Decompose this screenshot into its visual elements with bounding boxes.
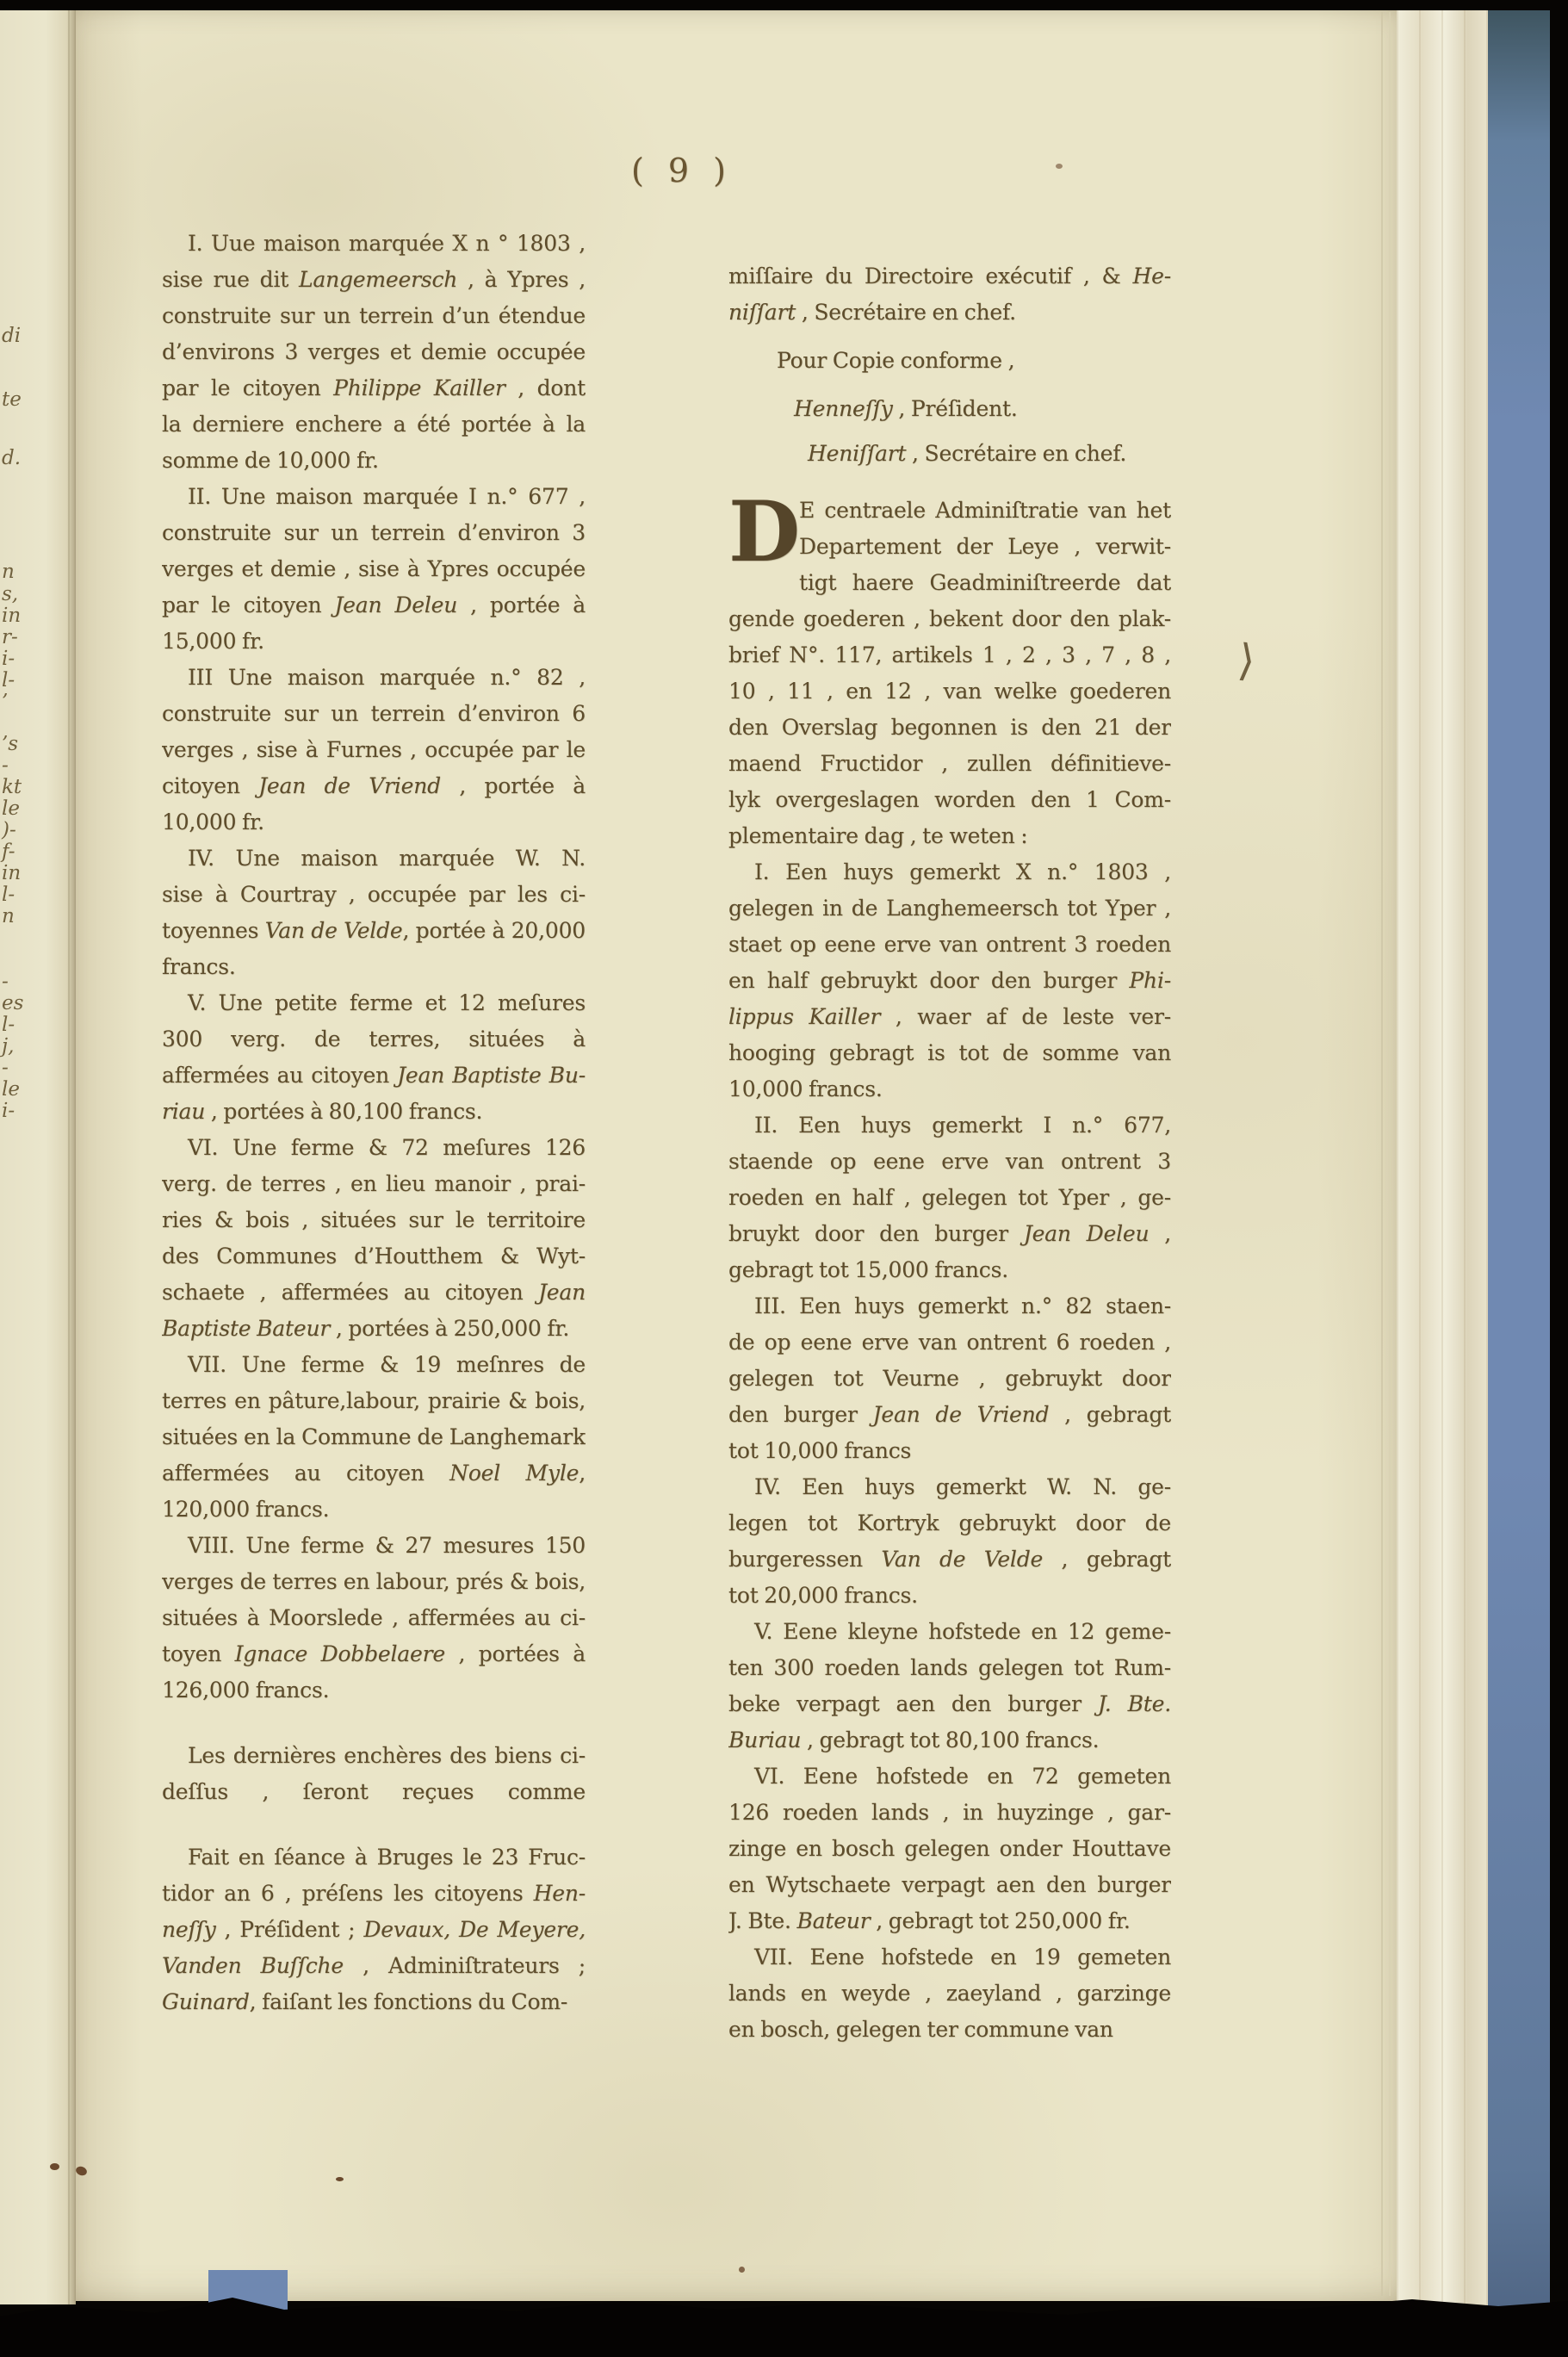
text-line: francs. xyxy=(162,949,586,985)
text-line: gelegen tot Veurne , gebruykt door xyxy=(728,1361,1171,1397)
text-run: , gebragt xyxy=(1043,1547,1171,1572)
background-top xyxy=(0,0,1568,10)
text-line: des Communes d’Houtthem & Wyt- xyxy=(162,1238,586,1275)
text-line: ries & bois , situées sur le territoire xyxy=(162,1202,586,1238)
text-run: IV. Une maison marquée W. N. xyxy=(188,846,586,871)
text-run: , Préſident ; xyxy=(216,1917,364,1942)
text-run: la derniere enchere a été portée à la xyxy=(162,412,586,437)
text-line: lyk overgeslagen worden den 1 Com- xyxy=(728,782,1171,818)
text-run: francs. xyxy=(162,954,236,979)
text-run: , gebragt xyxy=(1049,1402,1171,1427)
text-line: deſſus , ſeront reçues comme premières. xyxy=(162,1774,586,1810)
text-line: Baptiste Bateur , portées à 250,000 fr. xyxy=(162,1311,586,1347)
paragraph: Les dernières enchères des biens ci-deſſ… xyxy=(162,1738,586,1810)
text-run: den burger xyxy=(728,1402,873,1427)
text-run: tot 10,000 francs xyxy=(728,1438,911,1463)
text-run: III Une maison marquée n.° 82 , xyxy=(188,665,586,690)
text-line: hooging gebragt is tot de somme van xyxy=(728,1035,1171,1071)
text-run: staet op eene erve van ontrent 3 roeden xyxy=(728,932,1171,957)
text-run: , portée à xyxy=(441,773,586,798)
text-run: verges , sise à Furnes , occupée par le xyxy=(162,737,586,762)
drop-cap-letter: D xyxy=(728,496,790,568)
italic-name: Jean Baptiste Bu- xyxy=(397,1063,586,1088)
text-line: terres en pâture,labour, prairie & bois, xyxy=(162,1383,586,1419)
text-line: burgeressen Van de Velde , gebragt xyxy=(728,1541,1171,1578)
text-run: staende op eene erve van ontrent 3 xyxy=(728,1149,1171,1174)
italic-name: Jean de Vriend xyxy=(258,773,441,798)
text-run: , Adminiſtrateurs ; xyxy=(344,1953,586,1978)
facing-page-edge xyxy=(0,7,76,2304)
text-line: somme de 10,000 fr. xyxy=(162,443,586,479)
paragraph: III Une maison marquée n.° 82 ,construit… xyxy=(162,660,586,840)
text-line: tigt haere Geadminiſtreerde dat de vol- xyxy=(799,565,1171,601)
ink-speck xyxy=(50,2163,59,2170)
text-run: de op eene erve van ontrent 6 roeden , xyxy=(728,1330,1171,1355)
text-run: maend Fructidor , zullen définitieve- xyxy=(728,751,1171,776)
text-run: construite sur un terrein d’environ 3 xyxy=(162,520,586,545)
left-column: I. Uue maison marquée X n ° 1803 ,sise r… xyxy=(162,226,586,2020)
text-run: , portées à xyxy=(445,1641,586,1666)
text-run: beke verpagt aen den burger xyxy=(728,1691,1098,1716)
text-line: sise rue dit Langemeersch , à Ypres , xyxy=(162,262,586,298)
italic-name: J. Bte. xyxy=(1098,1691,1171,1716)
text-line: ten 300 roeden lands gelegen tot Rum- xyxy=(728,1650,1171,1686)
text-run: gende goederen , bekent door den plak- xyxy=(728,606,1171,631)
italic-name: Bateur xyxy=(796,1908,870,1933)
ink-speck xyxy=(336,2177,344,2181)
text-line: 120,000 francs. xyxy=(162,1492,586,1528)
text-line: Vanden Buſſche , Adminiſtrateurs ; xyxy=(162,1948,586,1984)
text-run: gelegen tot Veurne , gebruykt door xyxy=(728,1366,1171,1391)
book-scan: { "page_number": "( 9 )", "binding_mark"… xyxy=(0,0,1568,2357)
text-line: Fait en ſéance à Bruges le 23 Fruc- xyxy=(162,1839,586,1876)
paragraph: V. Eene kleyne hofstede en 12 geme-ten 3… xyxy=(728,1614,1171,1758)
text-run: en half gebruykt door den burger xyxy=(728,968,1129,993)
text-line: tidor an 6 , préſens les citoyens Hen- xyxy=(162,1876,586,1912)
italic-name: neſſy xyxy=(162,1917,216,1942)
text-run: zinge en bosch gelegen onder Houttave xyxy=(728,1836,1171,1861)
text-run: ries & bois , situées sur le territoire xyxy=(162,1207,586,1232)
text-run: IV. Een huys gemerkt W. N. ge- xyxy=(754,1474,1171,1499)
text-line: gende goederen , bekent door den plak- xyxy=(728,601,1171,637)
margin-fragment: i- xyxy=(2,648,15,669)
gutter-fold-line xyxy=(68,7,70,2304)
text-run: VI. Une ferme & 72 meſures 126 xyxy=(188,1135,586,1160)
text-run: II. Een huys gemerkt I n.° 677, xyxy=(754,1113,1171,1138)
italic-name: Phi- xyxy=(1129,968,1171,993)
text-line: VII. Une ferme & 19 meſnres de xyxy=(162,1347,586,1383)
italic-name: Vanden Buſſche xyxy=(162,1953,344,1978)
text-line: toyen Ignace Dobbelaere , portées à xyxy=(162,1636,586,1672)
text-run: I. Een huys gemerkt X n.° 1803 , xyxy=(754,859,1171,884)
margin-fragment: l- xyxy=(2,1014,15,1035)
text-run: sise rue dit xyxy=(162,267,299,292)
text-run: , gebragt tot 80,100 francs. xyxy=(801,1727,1099,1752)
text-line: situées en la Commune de Langhemark xyxy=(162,1419,586,1455)
text-run: legen tot Kortryk gebruykt door de xyxy=(728,1510,1171,1535)
text-line: staende op eene erve van ontrent 3 xyxy=(728,1144,1171,1180)
text-line: Les dernières enchères des biens ci- xyxy=(162,1738,586,1774)
text-line: gelegen in de Langhemeersch tot Yper , xyxy=(728,890,1171,927)
text-run: tidor an 6 , préſens les citoyens xyxy=(162,1881,534,1906)
text-line: 15,000 fr. xyxy=(162,623,586,660)
text-run: V. Eene kleyne hofstede en 12 geme- xyxy=(754,1619,1171,1644)
text-line: V. Eene kleyne hofstede en 12 geme- xyxy=(728,1614,1171,1650)
text-run: , Préſident. xyxy=(893,396,1018,421)
paragraph: I. Uue maison marquée X n ° 1803 ,sise r… xyxy=(162,226,586,479)
text-run: tot 20,000 francs. xyxy=(728,1583,918,1608)
text-line: de op eene erve van ontrent 6 roeden , xyxy=(728,1324,1171,1361)
text-line: III Une maison marquée n.° 82 , xyxy=(162,660,586,696)
text-run: par le citoyen xyxy=(162,592,334,617)
text-line: sise à Courtray , occupée par les ci- xyxy=(162,877,586,913)
text-line: Departement der Leye , verwit- xyxy=(799,529,1171,565)
text-line: situées à Moorslede , affermées au ci- xyxy=(162,1600,586,1636)
text-line: maend Fructidor , zullen définitieve- xyxy=(728,746,1171,782)
text-line: 10,000 francs. xyxy=(728,1071,1171,1107)
text-run: bruykt door den burger xyxy=(728,1221,1024,1246)
text-run: terres en pâture,labour, prairie & bois, xyxy=(162,1388,586,1413)
margin-fragment: - xyxy=(2,755,9,776)
italic-name: Philippe Kailler xyxy=(333,375,505,400)
page-fold-line xyxy=(1389,12,1391,2296)
text-run: affermées au citoyen xyxy=(162,1461,449,1486)
text-line: brief N°. 117, artikels 1 , 2 , 3 , 7 , … xyxy=(728,637,1171,673)
margin-fragment: in xyxy=(2,863,21,884)
margin-fragment: in xyxy=(2,605,21,626)
text-line: 126,000 francs. xyxy=(162,1672,586,1709)
text-line: plementaire dag , te weten : xyxy=(728,818,1171,854)
text-run: hooging gebragt is tot de somme van xyxy=(728,1040,1171,1065)
text-line: Henneſſy , Préſident. xyxy=(728,391,1171,427)
italic-name: niſſart xyxy=(728,300,796,325)
italic-name: Jean de Vriend xyxy=(873,1402,1050,1427)
text-run: I. Uue maison marquée X n ° 1803 , xyxy=(188,231,586,256)
text-run: construite sur un terrein d’un étendue xyxy=(162,303,586,328)
italic-name: Heniſſart xyxy=(808,441,906,466)
paragraph: VII. Eene hofstede en 19 gemetenlands en… xyxy=(728,1939,1171,2048)
text-line: par le citoyen Philippe Kailler , dont xyxy=(162,370,586,406)
text-run: E centraele Adminiſtratie van het xyxy=(799,498,1171,523)
text-line: IV. Une maison marquée W. N. xyxy=(162,840,586,877)
margin-fragment: )- xyxy=(2,820,16,840)
text-line: verges de terres en labour, prés & bois, xyxy=(162,1564,586,1600)
right-column: miſſaire du Directoire exécutif , & He-n… xyxy=(728,258,1171,2048)
text-run: 10,000 francs. xyxy=(728,1076,883,1101)
text-run: J. Bte. xyxy=(728,1908,796,1933)
text-line: IV. Een huys gemerkt W. N. ge- xyxy=(728,1469,1171,1505)
text-run: en bosch, gelegen ter commune van xyxy=(728,2017,1113,2042)
margin-fragment: di xyxy=(2,326,21,346)
text-line: Heniſſart , Secrétaire en chef. xyxy=(728,436,1171,472)
text-line: riau , portées à 80,100 francs. xyxy=(162,1094,586,1130)
text-line: lands en weyde , zaeyland , garzinge xyxy=(728,1976,1171,2012)
text-line: citoyen Jean de Vriend , portée à xyxy=(162,768,586,804)
text-line: den Overslag begonnen is den 21 der xyxy=(728,710,1171,746)
text-line: I. Uue maison marquée X n ° 1803 , xyxy=(162,226,586,262)
text-line: niſſart , Secrétaire en chef. xyxy=(728,295,1171,331)
text-run: Departement der Leye , verwit- xyxy=(799,534,1171,559)
text-run: V. Une petite ferme et 12 meſures xyxy=(188,990,586,1015)
text-line: roeden en half , gelegen tot Yper , ge- xyxy=(728,1180,1171,1216)
margin-fragment: le xyxy=(2,1079,20,1100)
text-run: plementaire dag , te weten : xyxy=(728,823,1027,848)
text-line: V. Une petite ferme et 12 meſures xyxy=(162,985,586,1021)
text-line: en half gebruykt door den burger Phi- xyxy=(728,963,1171,999)
text-run: sise à Courtray , occupée par les ci- xyxy=(162,882,586,907)
text-line: Buriau , gebragt tot 80,100 francs. xyxy=(728,1722,1171,1758)
text-line: schaete , affermées au citoyen Jean xyxy=(162,1275,586,1311)
text-run: 10,000 fr. xyxy=(162,809,264,834)
blue-cover-strip xyxy=(1488,0,1550,2357)
text-line: VII. Eene hofstede en 19 gemeten xyxy=(728,1939,1171,1976)
paragraph: miſſaire du Directoire exécutif , & He-n… xyxy=(728,258,1171,331)
text-line: II. Une maison marquée I n.° 677 , xyxy=(162,479,586,515)
text-run: somme de 10,000 fr. xyxy=(162,448,379,473)
text-run: VII. Une ferme & 19 meſnres de xyxy=(188,1352,586,1377)
margin-fragment: ’s xyxy=(2,734,18,754)
text-line: d’environs 3 verges et demie occupée xyxy=(162,334,586,370)
text-run: toyen xyxy=(162,1641,235,1666)
italic-name: Jean Deleu xyxy=(1024,1221,1150,1246)
text-run: tigt haere Geadminiſtreerde dat de vol- xyxy=(799,570,1171,601)
text-line: la derniere enchere a été portée à la xyxy=(162,406,586,443)
text-run: den Overslag begonnen is den 21 der xyxy=(728,715,1171,740)
margin-fragment: es xyxy=(2,993,23,1014)
text-run: 300 verg. de terres, situées à Rumbeke, xyxy=(162,1027,586,1058)
italic-name: Langemeersch xyxy=(299,267,457,292)
text-line: toyennes Van de Velde, portée à 20,000 xyxy=(162,913,586,949)
italic-name: Devaux, De Meyere, xyxy=(363,1917,586,1942)
text-run: , faiſant les fonctions du Com- xyxy=(250,1989,567,2014)
paragraph: III. Een huys gemerkt n.° 82 staen-de op… xyxy=(728,1288,1171,1469)
text-run: situées en la Commune de Langhemark xyxy=(162,1424,586,1449)
text-run: , Secrétaire en chef. xyxy=(906,441,1126,466)
text-run: , portées à 250,000 fr. xyxy=(330,1316,569,1341)
paragraph: II. Une maison marquée I n.° 677 ,constr… xyxy=(162,479,586,660)
text-line: zinge en bosch gelegen onder Houttave xyxy=(728,1831,1171,1867)
italic-name: riau xyxy=(162,1099,205,1124)
text-run: lands en weyde , zaeyland , garzinge xyxy=(728,1981,1171,2006)
text-line: verges et demie , sise à Ypres occupée xyxy=(162,551,586,587)
text-run: VI. Eene hofstede en 72 gemeten xyxy=(754,1764,1171,1789)
text-line: VI. Eene hofstede en 72 gemeten xyxy=(728,1758,1171,1795)
page: ( 9 ) I. Uue maison marquée X n ° 1803 ,… xyxy=(76,10,1397,2301)
text-line: gebragt tot 15,000 francs. xyxy=(728,1252,1171,1288)
text-run: schaete , affermées au citoyen xyxy=(162,1280,538,1305)
paragraph: VII. Une ferme & 19 meſnres deterres en … xyxy=(162,1347,586,1528)
paragraph: VI. Une ferme & 72 meſures 126verg. de t… xyxy=(162,1130,586,1347)
text-run: , Secrétaire en chef. xyxy=(796,300,1016,325)
margin-fragment: le xyxy=(2,798,20,819)
italic-name: Ignace Dobbelaere xyxy=(235,1641,445,1666)
text-run: Les dernières enchères des biens ci- xyxy=(188,1743,586,1768)
text-line: construite sur un terrein d’un étendue xyxy=(162,298,586,334)
text-run: 15,000 fr. xyxy=(162,629,264,654)
text-line: legen tot Kortryk gebruykt door de xyxy=(728,1505,1171,1541)
margin-fragment: l- xyxy=(2,884,15,905)
paragraph: Pour Copie conforme , xyxy=(728,343,1171,379)
paragraph: VIII. Une ferme & 27 mesures 150verges d… xyxy=(162,1528,586,1709)
text-line: miſſaire du Directoire exécutif , & He- xyxy=(728,258,1171,295)
text-line: E centraele Adminiſtratie van het xyxy=(799,493,1171,529)
text-line: affermées au citoyen Noel Myle, portées xyxy=(162,1455,586,1492)
text-line: construite sur un terrein d’environ 3 xyxy=(162,515,586,551)
ink-speck xyxy=(1056,164,1063,169)
paragraph: Fait en ſéance à Bruges le 23 Fruc-tidor… xyxy=(162,1839,586,2020)
text-line: tot 10,000 francs xyxy=(728,1433,1171,1469)
text-run: VIII. Une ferme & 27 mesures 150 xyxy=(188,1533,586,1558)
text-line: Guinard, faiſant les fonctions du Com- xyxy=(162,1984,586,2020)
margin-fragment: kt xyxy=(2,777,22,797)
italic-name: Buriau xyxy=(728,1727,801,1752)
text-run: 126 roeden lands , in huyzinge , gar- xyxy=(728,1800,1171,1825)
italic-name: Jean xyxy=(538,1280,586,1305)
paragraph: VI. Eene hofstede en 72 gemeten126 roede… xyxy=(728,1758,1171,1939)
text-line: den burger Jean de Vriend , gebragt xyxy=(728,1397,1171,1433)
text-line: III. Een huys gemerkt n.° 82 staen- xyxy=(728,1288,1171,1324)
margin-fragment: r- xyxy=(2,627,18,648)
text-run: gelegen in de Langhemeersch tot Yper , xyxy=(728,896,1171,921)
text-run: affermées au citoyen xyxy=(162,1063,397,1088)
text-line: VI. Une ferme & 72 meſures 126 xyxy=(162,1130,586,1166)
margin-fragment: d. xyxy=(2,448,21,468)
page-number: ( 9 ) xyxy=(596,152,768,189)
paragraph: IV. Een huys gemerkt W. N. ge-legen tot … xyxy=(728,1469,1171,1614)
text-run: ten 300 roeden lands gelegen tot Rum- xyxy=(728,1655,1171,1680)
text-line: verg. de terres , en lieu manoir , prai- xyxy=(162,1166,586,1202)
text-line: J. Bte. Bateur , gebragt tot 250,000 fr. xyxy=(728,1903,1171,1939)
italic-name: Jean Deleu xyxy=(334,592,457,617)
text-run: d’environs 3 verges et demie occupée xyxy=(162,339,586,364)
margin-fragment: j, xyxy=(2,1036,14,1057)
text-run: Pour Copie conforme , xyxy=(777,348,1014,373)
margin-fragment: n xyxy=(2,561,15,582)
text-line: staet op eene erve van ontrent 3 roeden xyxy=(728,927,1171,963)
text-run: , xyxy=(1149,1221,1171,1246)
text-line: neſſy , Préſident ; Devaux, De Meyere, xyxy=(162,1912,586,1948)
text-line: Pour Copie conforme , xyxy=(728,343,1171,379)
text-run: , gebragt tot 250,000 fr. xyxy=(870,1908,1130,1933)
text-run: , portée à 20,000 xyxy=(402,918,586,943)
text-run: , dont xyxy=(505,375,586,400)
margin-fragment: ’ xyxy=(2,692,8,712)
italic-name: Noel Myle xyxy=(449,1461,579,1486)
text-run: roeden en half , gelegen tot Yper , ge- xyxy=(728,1185,1171,1210)
italic-name: lippus Kailler xyxy=(728,1004,880,1029)
text-run: en Wytschaete verpagt aen den burger xyxy=(728,1872,1171,1897)
text-run: II. Une maison marquée I n.° 677 , xyxy=(188,484,586,509)
text-run: lyk overgeslagen worden den 1 Com- xyxy=(728,787,1171,812)
text-run: toyennes xyxy=(162,918,265,943)
text-line: I. Een huys gemerkt X n.° 1803 , xyxy=(728,854,1171,890)
text-run: gebragt tot 15,000 francs. xyxy=(728,1257,1008,1282)
text-run: verg. de terres , en lieu manoir , prai- xyxy=(162,1171,586,1196)
text-line: tot 20,000 francs. xyxy=(728,1578,1171,1614)
margin-fragment: i- xyxy=(2,1101,15,1121)
paragraph: II. Een huys gemerkt I n.° 677,staende o… xyxy=(728,1107,1171,1288)
italic-name: Hen- xyxy=(534,1881,586,1906)
margin-fragment: te xyxy=(2,389,22,410)
ink-speck xyxy=(739,2267,745,2273)
paragraph: Henneſſy , Préſident. xyxy=(728,391,1171,427)
margin-fragment: f- xyxy=(2,841,15,862)
paragraph: V. Une petite ferme et 12 meſures300 ver… xyxy=(162,985,586,1130)
text-run: , waer af de leste ver- xyxy=(880,1004,1171,1029)
text-run: miſſaire du Directoire exécutif , & xyxy=(728,264,1133,288)
text-line: bruykt door den burger Jean Deleu , xyxy=(728,1216,1171,1252)
text-run: 10 , 11 , en 12 , van welke goederen xyxy=(728,679,1171,704)
text-run: citoyen xyxy=(162,773,258,798)
italic-name: He- xyxy=(1133,264,1171,288)
page-fold-line xyxy=(1381,12,1383,2296)
text-run: , portées à 80,100 francs. xyxy=(205,1099,482,1124)
text-line: beke verpagt aen den burger J. Bte. xyxy=(728,1686,1171,1722)
text-line: 300 verg. de terres, situées à Rumbeke, xyxy=(162,1021,586,1058)
text-line: en bosch, gelegen ter commune van xyxy=(728,2012,1171,2048)
text-line: 10,000 fr. xyxy=(162,804,586,840)
margin-fragment: n xyxy=(2,906,15,927)
text-run: 126,000 francs. xyxy=(162,1678,329,1703)
text-run: deſſus , ſeront reçues comme premières. xyxy=(162,1779,586,1810)
text-line: 126 roeden lands , in huyzinge , gar- xyxy=(728,1795,1171,1831)
margin-fragment: s, xyxy=(2,584,18,605)
italic-name: Van de Velde xyxy=(881,1547,1043,1572)
text-run: Fait en ſéance à Bruges le 23 Fruc- xyxy=(188,1845,586,1870)
text-line: verges , sise à Furnes , occupée par le xyxy=(162,732,586,768)
text-line: par le citoyen Jean Deleu , portée à xyxy=(162,587,586,623)
text-run: situées à Moorslede , affermées au ci- xyxy=(162,1605,586,1630)
text-line: en Wytschaete verpagt aen den burger xyxy=(728,1867,1171,1903)
text-line: affermées au citoyen Jean Baptiste Bu- xyxy=(162,1058,586,1094)
italic-name: Henneſſy xyxy=(794,396,893,421)
text-run: des Communes d’Houtthem & Wyt- xyxy=(162,1244,586,1268)
margin-fragment: - xyxy=(2,971,9,992)
text-line: II. Een huys gemerkt I n.° 677, xyxy=(728,1107,1171,1144)
text-run: 120,000 francs. xyxy=(162,1497,329,1522)
page-curl-edge xyxy=(1397,5,1488,2306)
text-run: par le citoyen xyxy=(162,375,333,400)
text-run: III. Een huys gemerkt n.° 82 staen- xyxy=(754,1293,1171,1318)
margin-fragment: - xyxy=(2,1058,9,1078)
text-run: , à Ypres , xyxy=(457,267,586,292)
margin-fragment: l- xyxy=(2,670,15,691)
italic-name: Baptiste Bateur xyxy=(162,1316,330,1341)
text-run: , portée à xyxy=(457,592,586,617)
italic-name: Guinard xyxy=(162,1989,250,2014)
text-line: VIII. Une ferme & 27 mesures 150 xyxy=(162,1528,586,1564)
text-line: 10 , 11 , en 12 , van welke goederen xyxy=(728,673,1171,710)
text-line: construite sur un terrein d’environ 6 xyxy=(162,696,586,732)
paragraph: I. Een huys gemerkt X n.° 1803 ,gelegen … xyxy=(728,854,1171,1107)
text-run: verges et demie , sise à Ypres occupée xyxy=(162,556,586,581)
italic-name: Van de Velde xyxy=(265,918,403,943)
text-line: lippus Kailler , waer af de leste ver- xyxy=(728,999,1171,1035)
text-run: verges de terres en labour, prés & bois, xyxy=(162,1569,586,1594)
text-run: VII. Eene hofstede en 19 gemeten xyxy=(754,1945,1171,1969)
text-run: burgeressen xyxy=(728,1547,881,1572)
paragraph-dropcap: DE centraele Adminiſtratie van hetDepart… xyxy=(728,493,1171,854)
text-run: brief N°. 117, artikels 1 , 2 , 3 , 7 , … xyxy=(728,642,1171,667)
paragraph: Heniſſart , Secrétaire en chef. xyxy=(728,436,1171,472)
text-run: construite sur un terrein d’environ 6 xyxy=(162,701,586,726)
paragraph: IV. Une maison marquée W. N.sise à Court… xyxy=(162,840,586,985)
